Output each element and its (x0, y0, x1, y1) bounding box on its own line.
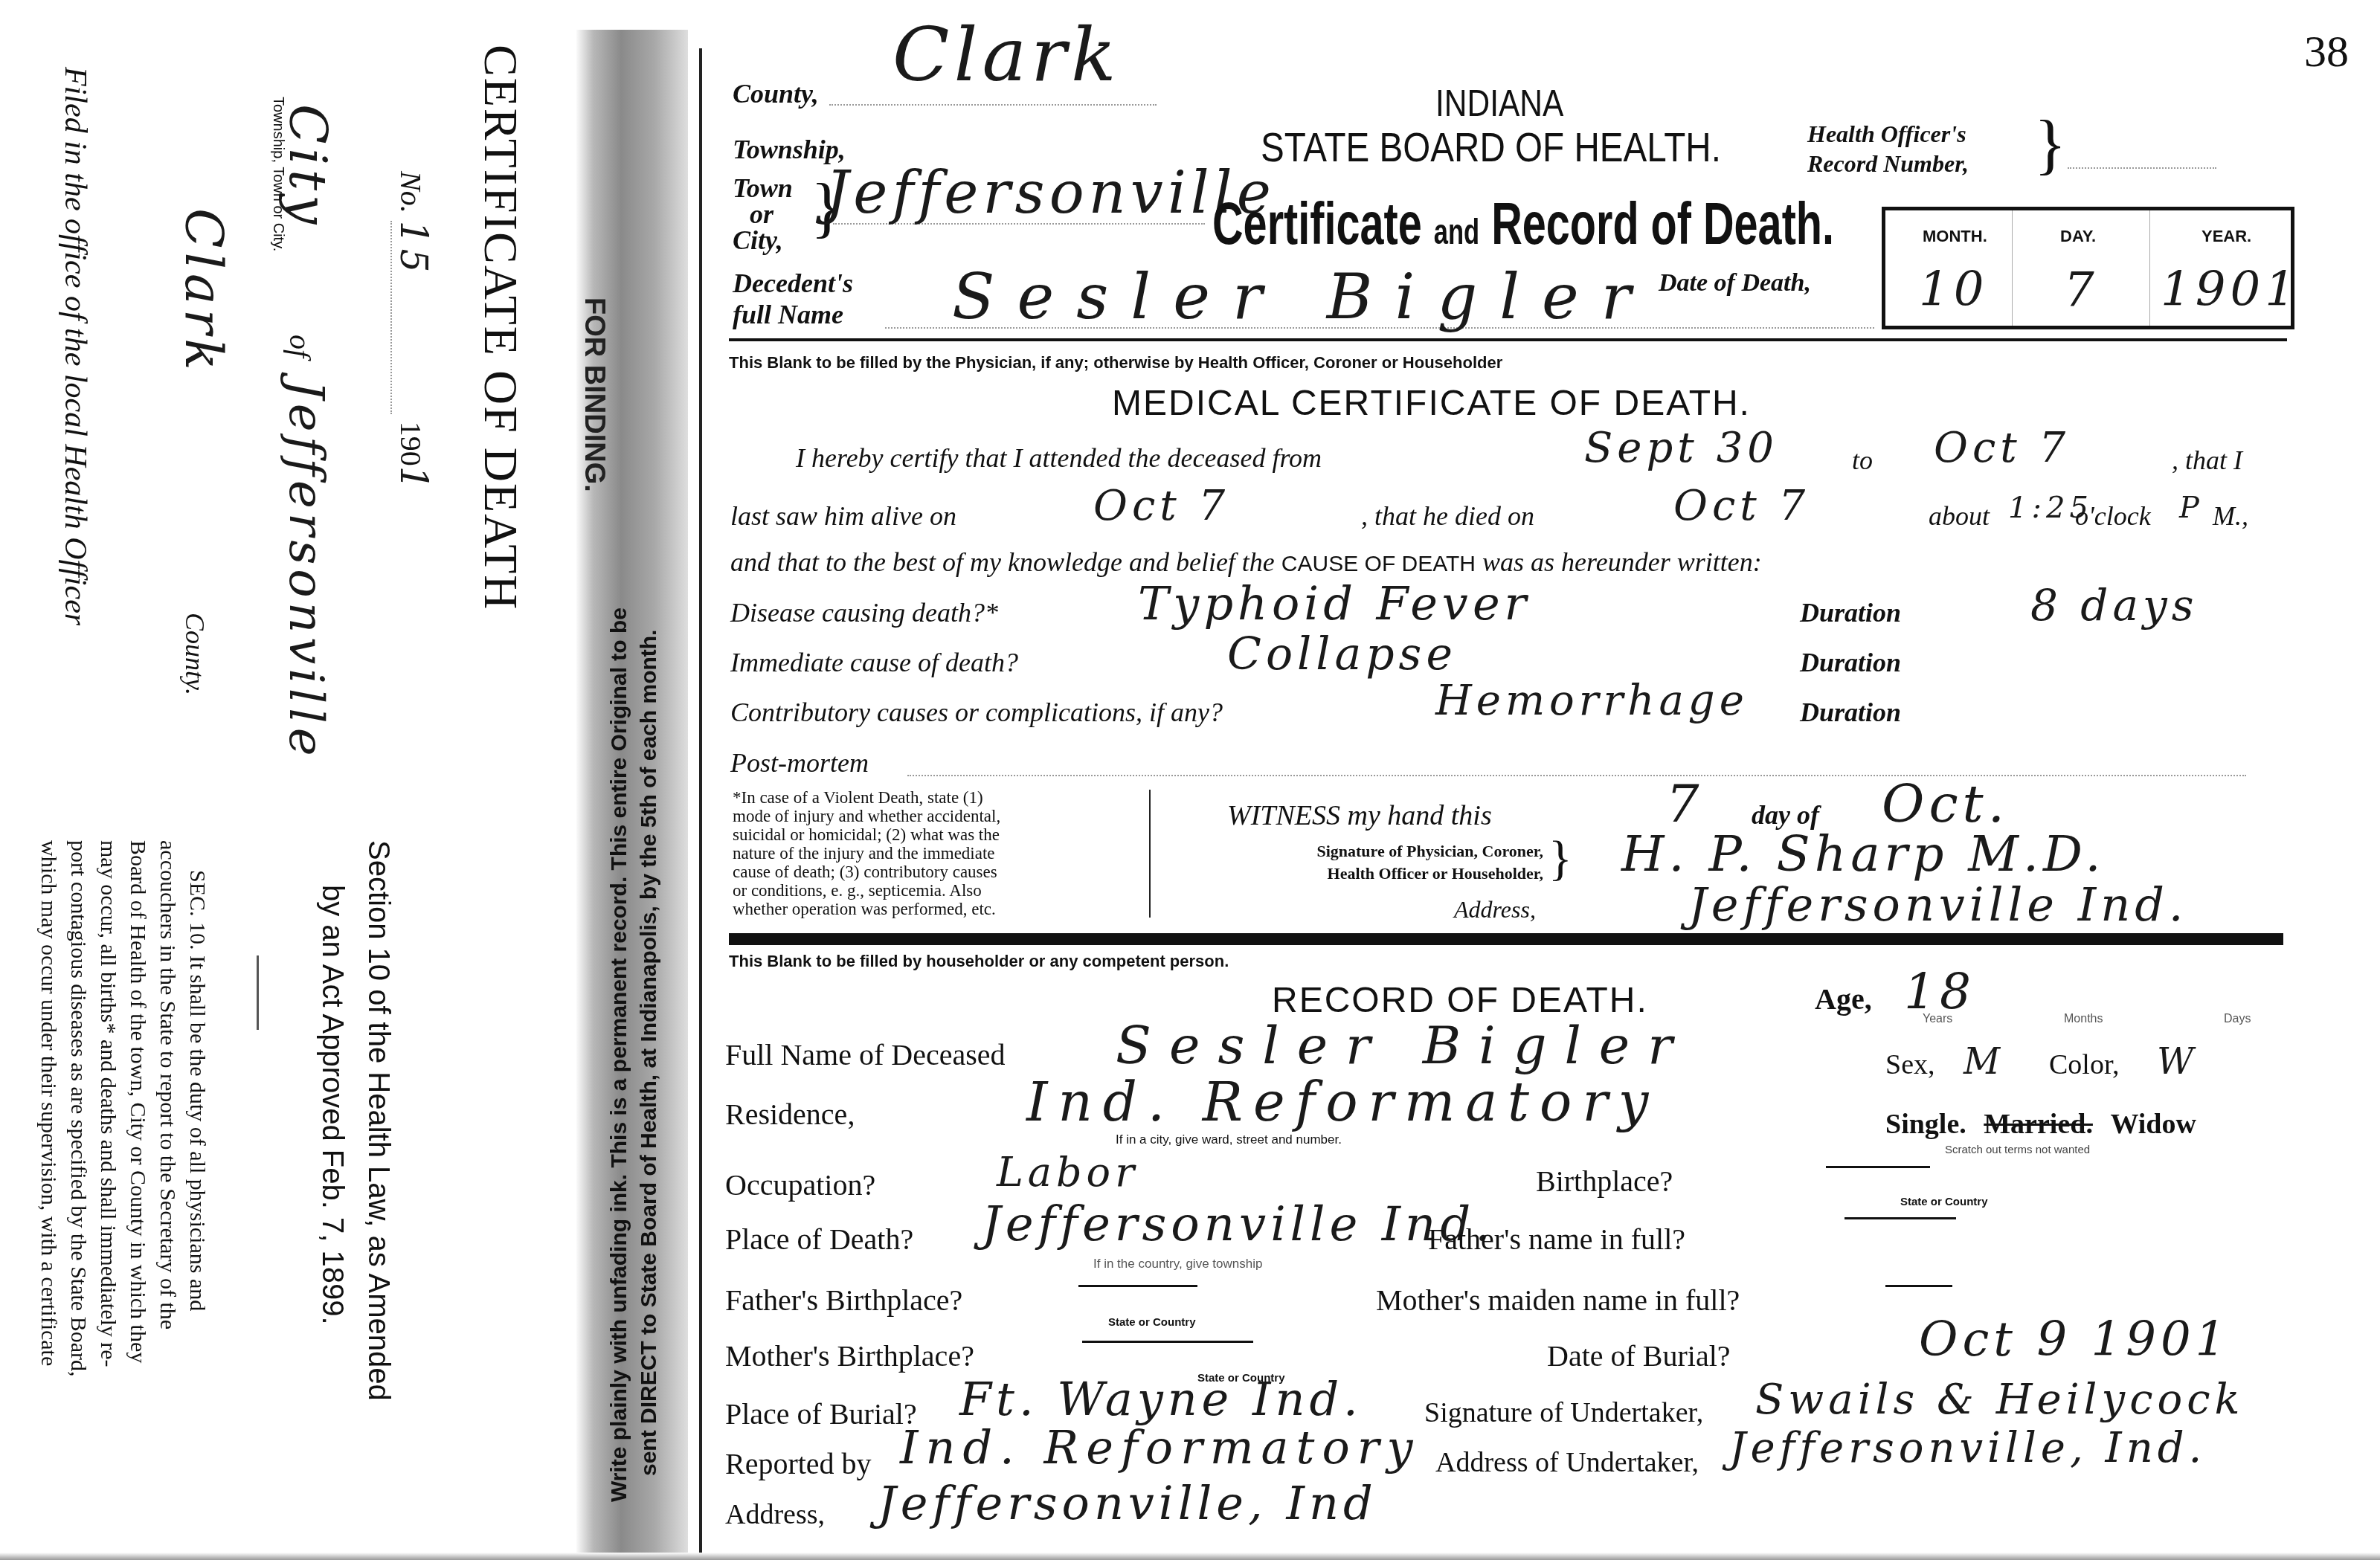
contributory-label: Contributory causes or complications, if… (730, 697, 1223, 728)
city-label: City, (733, 227, 783, 254)
belief-row: and that to the best of my knowledge and… (730, 547, 1762, 578)
left-panel-title: CERTIFICATE OF DEATH (473, 45, 528, 611)
certify-row: I hereby certify that I attended the dec… (796, 442, 1322, 474)
mother-maiden-field[interactable] (1885, 1285, 1952, 1287)
color-label: Color, (2049, 1048, 2120, 1081)
number-value: 15 (390, 221, 435, 414)
header-rule (729, 338, 2287, 341)
marital-hint: Scratch out terms not wanted (1945, 1144, 2090, 1156)
reported-by-value: Ind. Reformatory (900, 1420, 1420, 1474)
filed-text: Filed in the office of the local Health … (57, 67, 93, 625)
year-header: YEAR. (2201, 227, 2251, 246)
year-value: 1901 (2161, 262, 2300, 318)
law-body-line: SEC. 10. It shall be the duty of all phy… (182, 840, 212, 1376)
birthplace-field[interactable] (1826, 1166, 1930, 1168)
binding-line-2: sent DIRECT to State Board of Health, at… (637, 630, 662, 1476)
date-of-death-box: MONTH. DAY. YEAR. 10 7 1901 (1882, 207, 2294, 329)
birthplace-label: Birthplace? (1536, 1164, 1673, 1199)
undertaker-addr-label: Address of Undertaker, (1435, 1446, 1699, 1479)
state-name: INDIANA (1435, 82, 1563, 125)
father-birthplace-label: Father's Birthplace? (725, 1283, 962, 1318)
title-and: and (1434, 213, 1479, 252)
binding-line-1: Write plainly with unfading ink. This is… (607, 607, 632, 1502)
certify-text: I hereby certify that I attended the dec… (796, 443, 1322, 473)
disease-value: Typhoid Fever (1138, 576, 1531, 631)
full-name-label: Full Name of Deceased (725, 1037, 1006, 1072)
birthplace-caption: State or Country (1900, 1196, 1988, 1208)
residence-value: Ind. Reformatory (1026, 1071, 1659, 1133)
belief-text-end: was as hereunder written: (1482, 547, 1762, 577)
township-caption: Township, Town or City. (269, 97, 286, 251)
age-unit-years: Years (1923, 1013, 1952, 1026)
day-value: 7 (2064, 262, 2099, 318)
decedent-label-2: full Name (733, 299, 853, 330)
health-officer-record-field[interactable] (2068, 167, 2216, 169)
violent-note-line: nature of the injury and the immediate (733, 844, 1134, 863)
page-number: 38 (2304, 26, 2349, 77)
contributory-value: Hemorrhage (1435, 677, 1749, 725)
burial-date-label: Date of Burial? (1547, 1338, 1731, 1373)
law-heading-line1: Section 10 of the Health Law, as Amended (356, 840, 402, 1401)
county-label: County, (733, 78, 819, 109)
law-divider (257, 955, 259, 1030)
sex-value: M (1963, 1041, 2004, 1083)
form-left-rule (699, 48, 702, 1558)
violent-death-note: *In case of a Violent Death, state (1)mo… (733, 788, 1134, 918)
father-birthplace-caption: State or Country (1108, 1316, 1196, 1329)
medical-title: MEDICAL CERTIFICATE OF DEATH. (1112, 383, 1751, 424)
marital-widow: Widow (2110, 1109, 2196, 1140)
mother-maiden-label: Mother's maiden name in full? (1376, 1283, 1740, 1318)
residence-hint: If in a city, give ward, street and numb… (1116, 1132, 1342, 1147)
mother-birthplace-label: Mother's Birthplace? (725, 1338, 974, 1373)
year-printed: 190 (394, 422, 428, 466)
attended-to: Oct 7 (1934, 424, 2070, 472)
decedent-label-1: Decedent's (733, 268, 853, 299)
of-value: Jeffersonville (278, 380, 333, 760)
marital-status: Single. Married. Widow (1885, 1108, 2196, 1141)
witness-label: WITNESS my hand this (1227, 799, 1492, 832)
county-value: Clark (892, 11, 1121, 98)
year-value: 1 (392, 466, 435, 494)
law-heading: Section 10 of the Health Law, as Amended… (309, 840, 402, 1401)
binding-header-fragment: FOR BINDING. (578, 297, 610, 492)
month-value: 10 (1919, 262, 1988, 318)
disease-label: Disease causing death?* (730, 597, 998, 628)
left-certificate-panel: CERTIFICATE OF DEATH (473, 45, 528, 611)
burial-place-label: Place of Burial? (725, 1396, 917, 1431)
place-of-death-value: Jeffersonville Ind. (982, 1197, 1495, 1252)
township-value: City (277, 104, 338, 297)
physician-note: This Blank to be filled by the Physician… (729, 353, 1502, 373)
law-body-line: accouchers in the State to report to the… (152, 840, 182, 1376)
county-label-left: County. (180, 613, 210, 695)
occupation-label: Occupation? (725, 1167, 875, 1202)
residence-label: Residence, (725, 1097, 855, 1132)
law-body: SEC. 10. It shall be the duty of all phy… (33, 840, 212, 1376)
left-panel-township-row: City of Jeffersonville (277, 104, 338, 761)
attended-from: Sept 30 (1584, 424, 1778, 472)
city-value: Jeffersonville (826, 160, 1276, 227)
decedent-value: Sesler Bigler (952, 260, 1653, 333)
address-label-record: Address, (725, 1498, 825, 1531)
section-divider-rule (729, 933, 2283, 945)
immediate-duration-label: Duration (1800, 647, 1901, 678)
title-record: Record of Death. (1491, 190, 1834, 257)
that-i: , that I (2172, 445, 2242, 476)
bottom-edge (0, 1553, 2380, 1560)
color-value: W (2157, 1041, 2198, 1083)
of-label: of (283, 335, 317, 358)
violent-note-line: or conditions, e. g., septicemia. Also (733, 881, 1134, 900)
postmortem-field[interactable] (907, 775, 2246, 776)
left-panel-number-row: No. 15 1901 (390, 171, 435, 494)
oclock-label: o'clock (2075, 500, 2151, 532)
decedent-label: Decedent's full Name (733, 268, 853, 330)
undertaker-addr-value: Jeffersonville, Ind. (1729, 1424, 2206, 1472)
signature-label-2: Health Officer or Householder, (1194, 863, 1543, 885)
last-saw-value: Oct 7 (1093, 482, 1229, 530)
place-of-death-label: Place of Death? (725, 1222, 913, 1257)
postmortem-label: Post-mortem (730, 747, 869, 779)
month-header: MONTH. (1923, 227, 1987, 246)
date-of-death-label: Date of Death, (1659, 269, 1811, 297)
signature-value: H. P. Sharp M.D. (1621, 825, 2105, 883)
cause-of-death-caps: CAUSE OF DEATH (1281, 552, 1476, 576)
burial-place-value: Ft. Wayne Ind. (959, 1372, 1363, 1426)
law-body-line: Board of Health of the town, City or Cou… (123, 840, 152, 1376)
sex-label: Sex, (1885, 1048, 1935, 1081)
undertaker-sig-label: Signature of Undertaker, (1424, 1396, 1703, 1429)
immediate-value: Collapse (1227, 628, 1457, 680)
violent-note-line: *In case of a Violent Death, state (1) (733, 788, 1134, 807)
note-divider (1149, 790, 1151, 918)
signature-brace: } (1548, 834, 1572, 883)
title-certificate: Certificate (1212, 190, 1422, 257)
father-birthplace-field[interactable] (1078, 1285, 1197, 1287)
or-label: or (750, 201, 773, 228)
m-label: M., (2213, 500, 2248, 532)
number-label: No. (394, 171, 428, 213)
health-officer-label: Health Officer's Record Number, (1807, 119, 1969, 178)
to-label: to (1852, 445, 1873, 476)
violent-note-line: mode of injury and whether accidental, (733, 807, 1134, 825)
day-header: DAY. (2060, 227, 2096, 246)
birthplace-field-2[interactable] (1844, 1217, 1956, 1219)
left-panel-county-row: Clark County. (173, 208, 234, 695)
board-name: STATE BOARD OF HEALTH. (1261, 123, 1721, 171)
violent-note-line: suicidal or homicidal; (2) what was the (733, 825, 1134, 844)
occupation-value: Labor (997, 1149, 1139, 1196)
marital-single: Single. (1885, 1109, 1966, 1140)
date-col-divider (2012, 210, 2013, 326)
belief-text: and that to the best of my knowledge and… (730, 547, 1275, 577)
violent-note-line: cause of death; (3) contributory causes (733, 863, 1134, 881)
address-value-record: Jeffersonville, Ind (878, 1476, 1377, 1530)
ampm-value: P (2179, 491, 2204, 525)
county-value-left: Clark (173, 208, 234, 610)
law-heading-line2: by an Act Approved Feb. 7, 1899. (309, 840, 356, 1401)
violent-note-line: whether operation was performed, etc. (733, 900, 1134, 918)
father-name-label: Father's name in full? (1428, 1222, 1685, 1257)
health-officer-label-2: Record Number, (1807, 149, 1969, 178)
age-unit-days: Days (2224, 1013, 2251, 1026)
mother-birthplace-field[interactable] (1082, 1341, 1253, 1343)
form-title: Certificate and Record of Death. (1212, 190, 1834, 258)
burial-date-value: Oct 9 1901 (1919, 1312, 2230, 1367)
law-body-line: port contagious diseases as are specifie… (63, 840, 93, 1376)
age-years-value: 18 (1904, 963, 1975, 1020)
disease-duration-value: 8 days (2030, 580, 2199, 631)
signature-label-1: Signature of Physician, Coroner, (1194, 840, 1543, 863)
health-officer-brace: } (2034, 112, 2066, 178)
signature-label: Signature of Physician, Coroner, Health … (1194, 840, 1543, 885)
undertaker-sig-value: Swails & Heilycock (1755, 1376, 2245, 1424)
disease-duration-label: Duration (1800, 597, 1901, 628)
town-label: Town (733, 175, 793, 202)
date-col-divider (2149, 210, 2150, 326)
died-on-label: , that he died on (1361, 500, 1534, 532)
county-line (829, 104, 1157, 106)
householder-note: This Blank to be filled by householder o… (729, 952, 1229, 971)
contributory-duration-label: Duration (1800, 697, 1901, 728)
address-label: Address, (1454, 896, 1536, 924)
health-officer-label-1: Health Officer's (1807, 119, 1969, 149)
last-saw-label: last saw him alive on (730, 500, 956, 532)
law-body-line: may occur, all births* and deaths and sh… (93, 840, 123, 1376)
place-hint: If in the country, give township (1093, 1257, 1262, 1271)
reported-by-label: Reported by (725, 1446, 872, 1481)
marital-married: Married. (1984, 1109, 2093, 1140)
died-on-value: Oct 7 (1673, 482, 1810, 530)
age-label: Age, (1815, 982, 1872, 1016)
full-name-value: Sesler Bigler (1116, 1015, 1691, 1076)
binding-strip (576, 30, 688, 1560)
about-label: about (1929, 500, 1990, 532)
law-body-line: which may occur under their supervision,… (33, 840, 63, 1376)
immediate-label: Immediate cause of death? (730, 647, 1018, 678)
address-value: Jeffersonville Ind. (1688, 877, 2188, 932)
age-unit-months: Months (2064, 1013, 2103, 1026)
